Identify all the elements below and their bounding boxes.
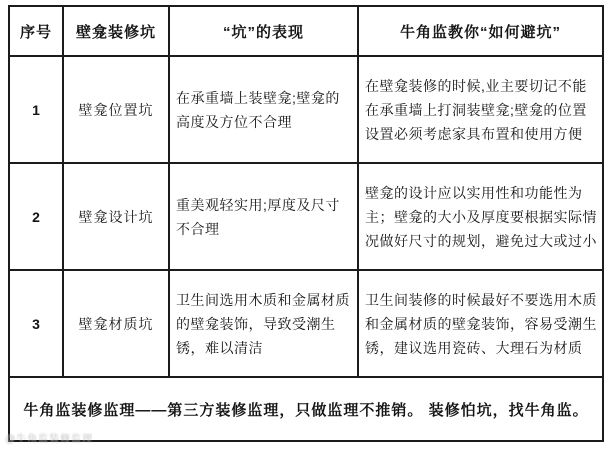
- row-3-manifestation: 卫生间选用木质和金属材质的壁龛装饰，导致受潮生锈，难以清洁: [169, 270, 358, 377]
- row-3-advice: 卫生间装修的时候最好不要选用木质和金属材质的壁龛装饰，容易受潮生锈，建议选用瓷砖…: [358, 270, 603, 377]
- table-row-3: 3 壁龛材质坑 卫生间选用木质和金属材质的壁龛装饰，导致受潮生锈，难以清洁 卫生…: [9, 270, 603, 377]
- row-2-advice: 壁龛的设计应以实用性和功能性为主；壁龛的大小及厚度要根据实际情况做好尺寸的规划，…: [358, 163, 603, 270]
- row-2-pit: 壁龛设计坑: [63, 163, 169, 270]
- header-cell-no: 序号: [9, 6, 63, 56]
- row-3-pit: 壁龛材质坑: [63, 270, 169, 377]
- row-2-manifestation: 重美观轻实用;厚度及尺寸不合理: [169, 163, 358, 270]
- row-3-no: 3: [9, 270, 63, 377]
- table-row-2: 2 壁龛设计坑 重美观轻实用;厚度及尺寸不合理 壁龛的设计应以实用性和功能性为主…: [9, 163, 603, 270]
- page: 序号 壁龛装修坑 “坑”的表现 牛角监教你“如何避坑” 1 壁龛位置坑 在承重墙…: [0, 0, 615, 455]
- row-1-no: 1: [9, 56, 63, 163]
- niche-pitfall-table: 序号 壁龛装修坑 “坑”的表现 牛角监教你“如何避坑” 1 壁龛位置坑 在承重墙…: [8, 5, 604, 442]
- footer-tagline: 牛角监装修监理——第三方装修监理，只做监理不推销。 装修怕坑，找牛角监。: [9, 377, 603, 441]
- row-1-advice: 在壁龛装修的时候,业主要切记不能在承重墙上打洞装壁龛;壁龛的位置设置必须考虑家具…: [358, 56, 603, 163]
- table-row-1: 1 壁龛位置坑 在承重墙上装壁龛;壁龛的高度及方位不合理 在壁龛装修的时候,业主…: [9, 56, 603, 163]
- header-cell-advice: 牛角监教你“如何避坑”: [358, 6, 603, 56]
- footer-row: 牛角监装修监理——第三方装修监理，只做监理不推销。 装修怕坑，找牛角监。: [9, 377, 603, 441]
- watermark: @牛角监装修监理: [5, 430, 93, 445]
- row-2-no: 2: [9, 163, 63, 270]
- row-1-manifestation: 在承重墙上装壁龛;壁龛的高度及方位不合理: [169, 56, 358, 163]
- header-cell-pit: 壁龛装修坑: [63, 6, 169, 56]
- header-cell-manifestation: “坑”的表现: [169, 6, 358, 56]
- row-1-pit: 壁龛位置坑: [63, 56, 169, 163]
- header-row: 序号 壁龛装修坑 “坑”的表现 牛角监教你“如何避坑”: [9, 6, 603, 56]
